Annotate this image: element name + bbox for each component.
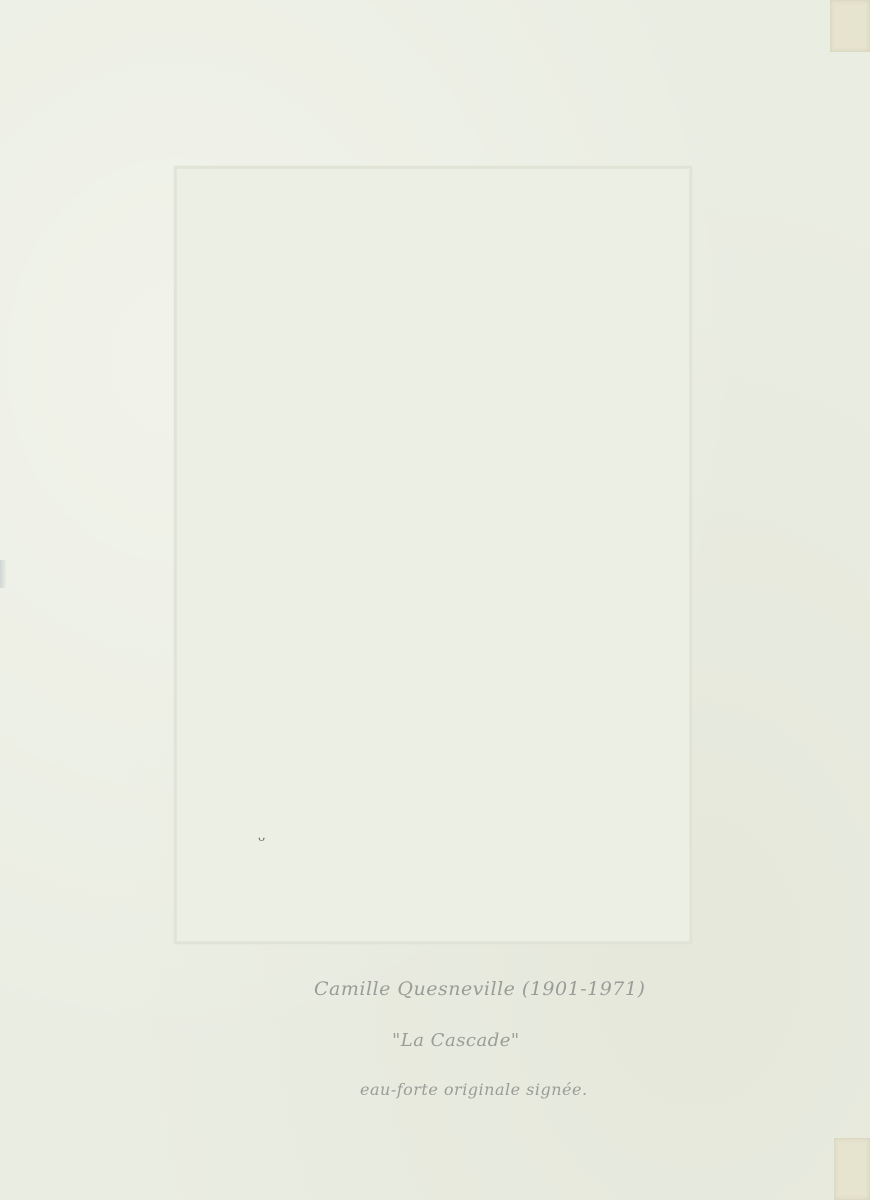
artist-name-inscription: Camille Quesneville (1901-1971) <box>314 978 645 1000</box>
technique-inscription: eau-forte originale signée. <box>360 1080 588 1099</box>
plate-mark <box>174 166 692 944</box>
corner-tab-bottom-right <box>834 1138 870 1200</box>
title-inscription: "La Cascade" <box>392 1030 520 1051</box>
corner-tab-top-right <box>830 0 870 52</box>
paper-sheet: ᴗ Camille Quesneville (1901-1971) "La Ca… <box>0 0 870 1200</box>
edge-stain <box>0 560 6 588</box>
pencil-speck: ᴗ <box>258 830 265 844</box>
